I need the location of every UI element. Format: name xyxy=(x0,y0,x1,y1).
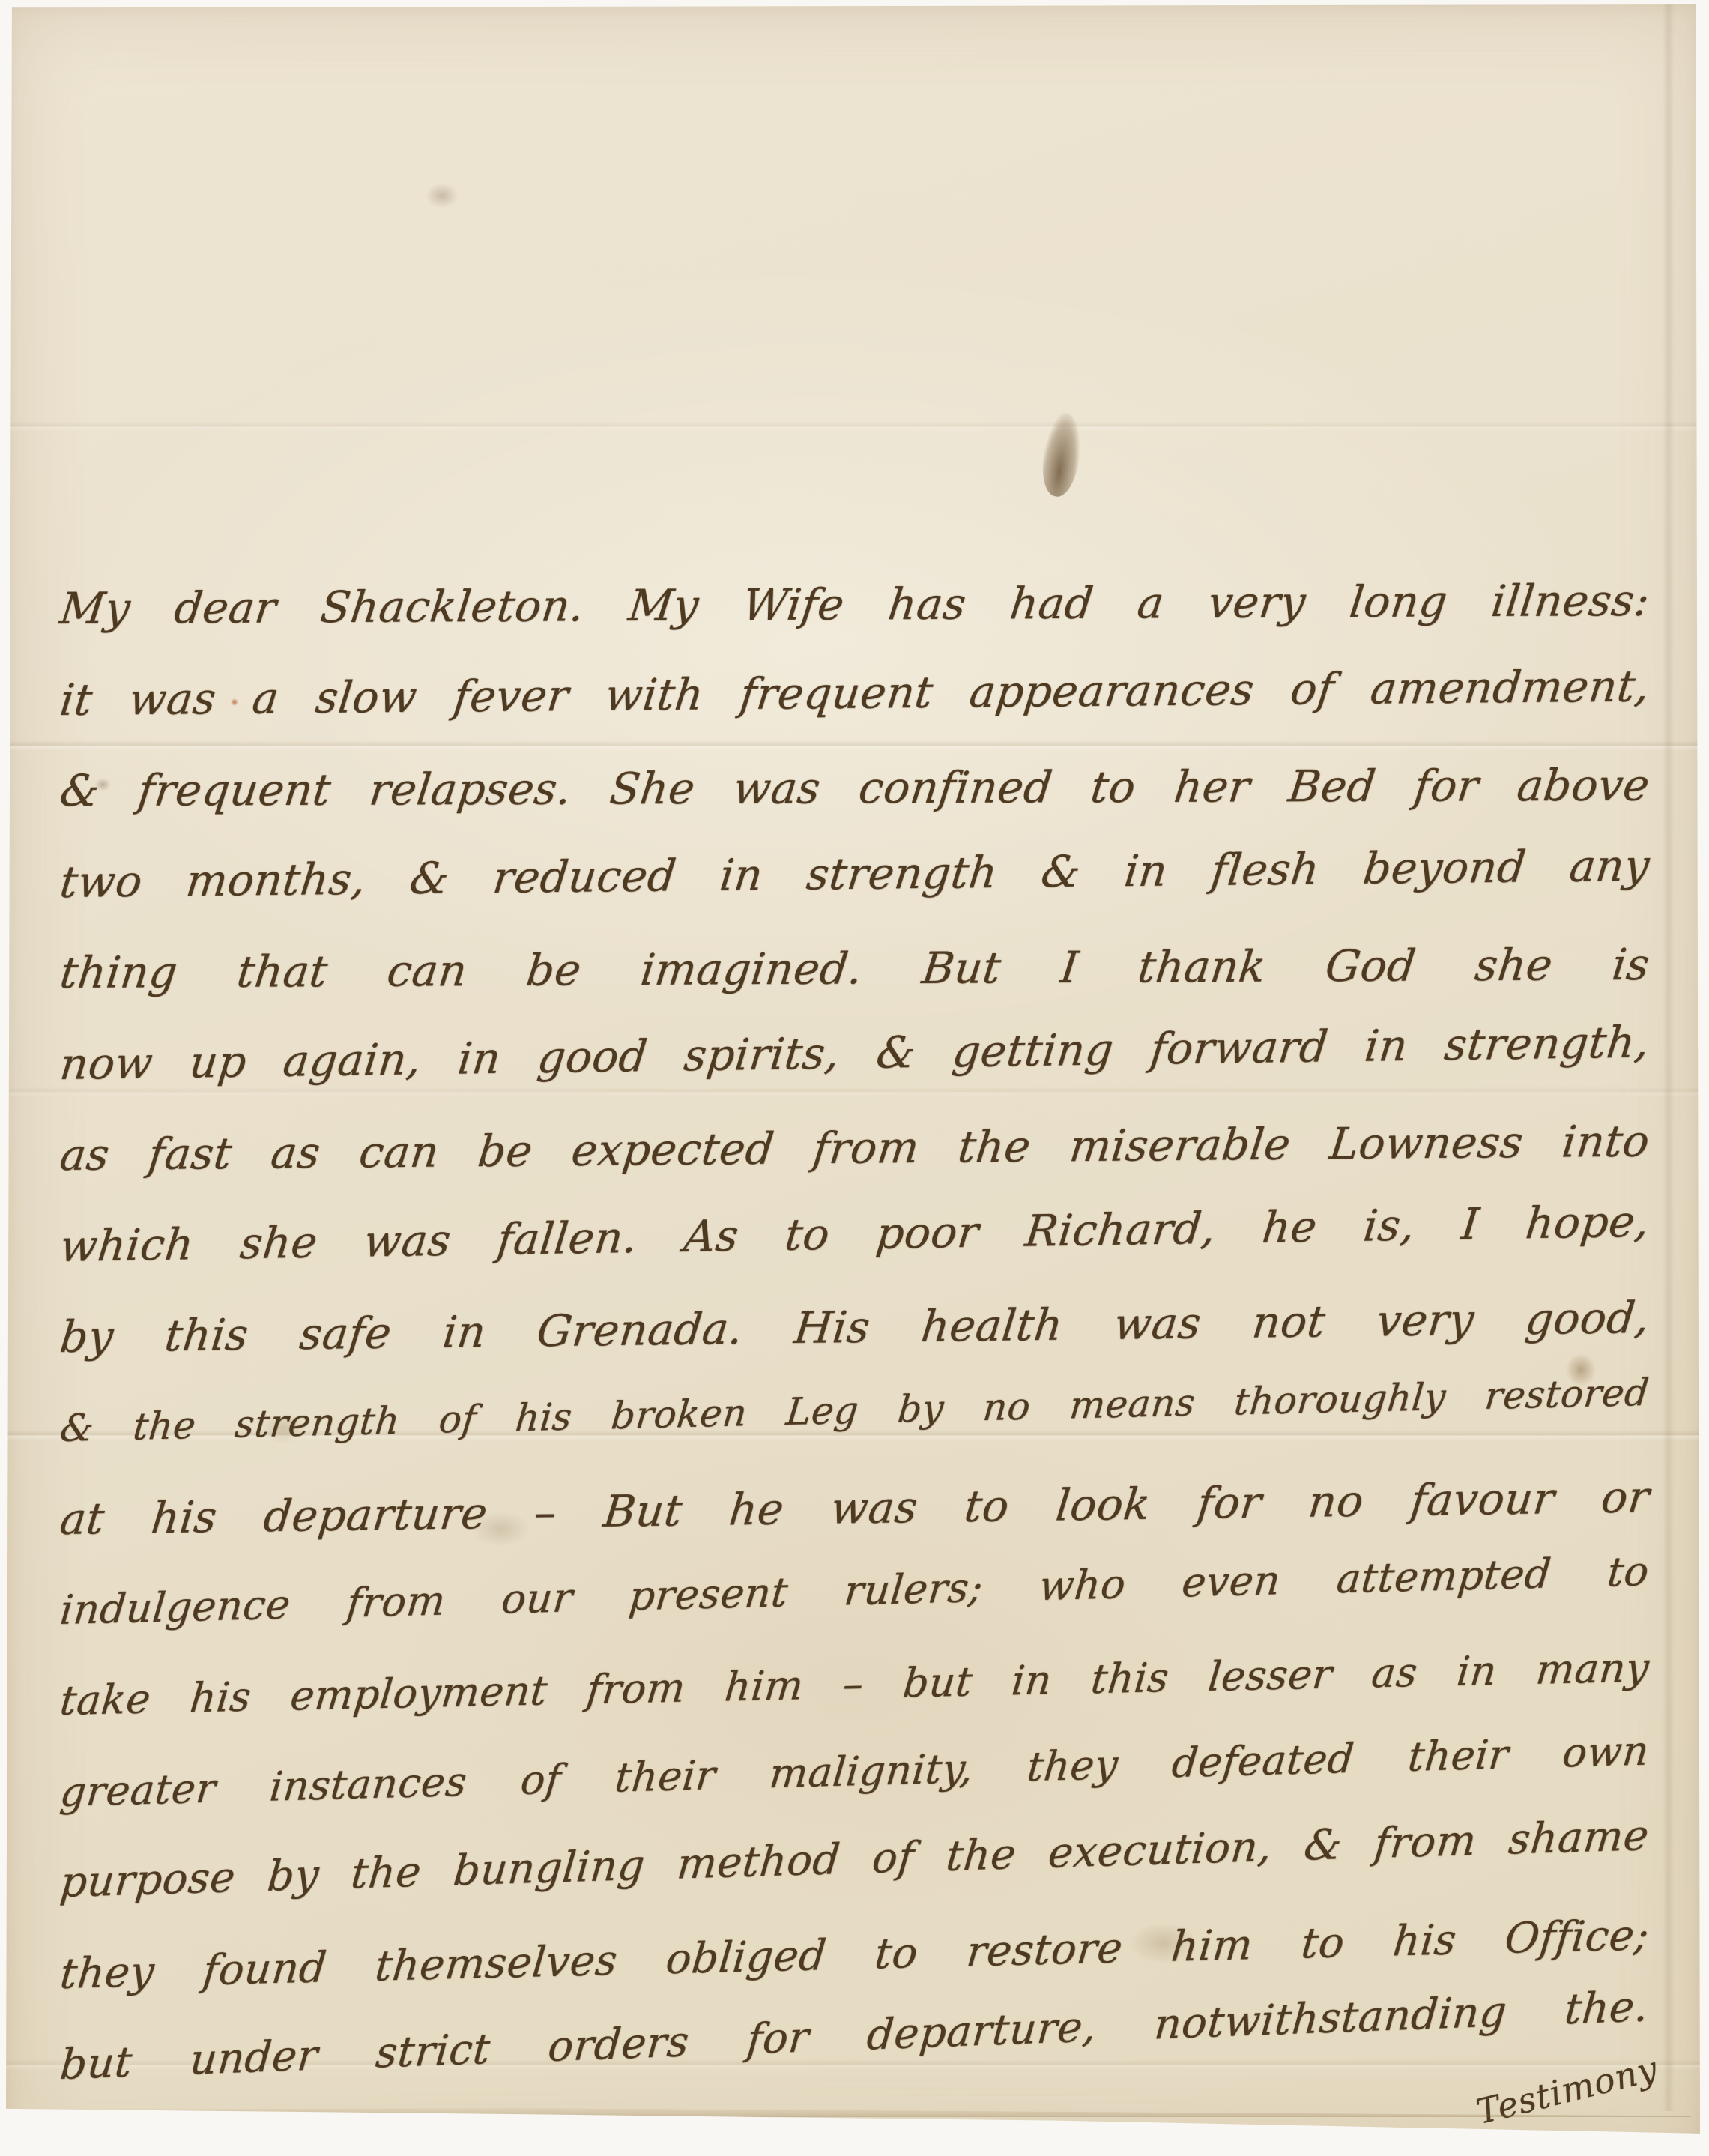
letter-line: two months, & reduced in strength & in f… xyxy=(55,823,1654,931)
letter-line: My dear Shackleton. My Wife has had a ve… xyxy=(55,558,1654,658)
letter-line: it was a slow fever with frequent appear… xyxy=(55,644,1654,749)
letter-page: My dear Shackleton. My Wife has had a ve… xyxy=(6,4,1700,2156)
stain-mark xyxy=(426,183,459,208)
fold-crease xyxy=(6,421,1700,432)
fold-crease-vertical xyxy=(1663,4,1675,2111)
letter-body: My dear Shackleton. My Wife has had a ve… xyxy=(60,567,1649,2115)
